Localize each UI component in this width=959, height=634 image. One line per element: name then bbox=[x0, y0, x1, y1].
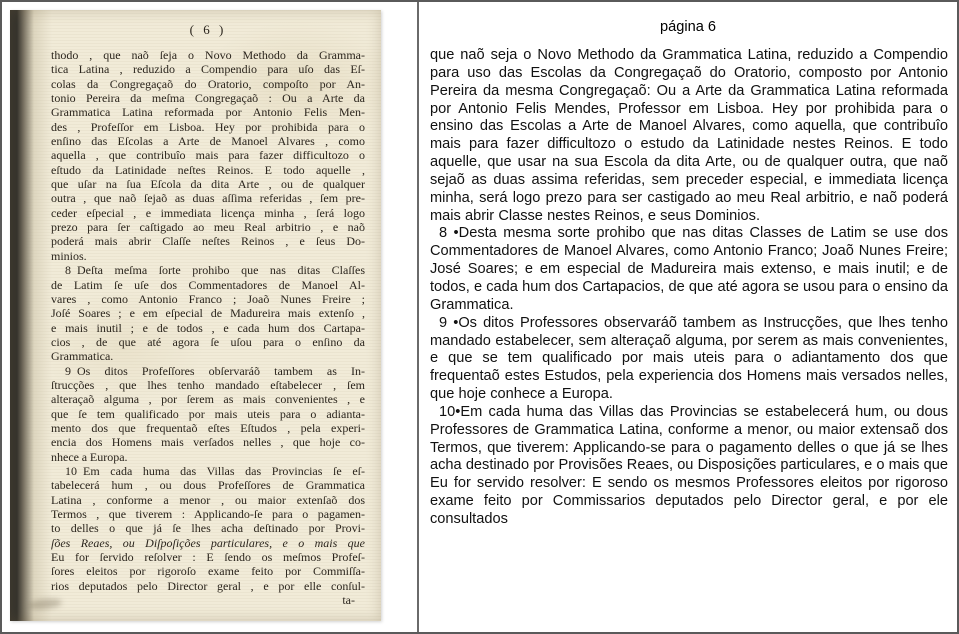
scan-line: enſino das Eſcolas a Arte de Manoel Alva… bbox=[51, 134, 365, 148]
scan-line: cios , de que até agora ſe uſou para o e… bbox=[51, 335, 365, 349]
transcription-paragraph: que naõ seja o Novo Methodo da Grammatic… bbox=[430, 47, 948, 225]
scan-line: to delles o que já ſe lhes acha deſtinad… bbox=[51, 521, 365, 535]
transcription-paragraph: 10•Em cada huma das Villas das Provincia… bbox=[430, 404, 948, 529]
scan-line: 10 Em cada huma das Villas das Provincia… bbox=[51, 464, 365, 478]
scan-line: nhece a Europa. bbox=[51, 450, 365, 464]
scan-line: ſões Reaes, ou Diſpoſições particulares,… bbox=[51, 536, 365, 550]
scan-line: aquella , que contribuîo mais para fazer… bbox=[51, 148, 365, 162]
scan-line: encia dos Homens mais verſados nelles , … bbox=[51, 435, 365, 449]
scan-body-text: thodo , que naõ ſeja o Novo Methodo da G… bbox=[51, 48, 365, 607]
scan-line: tabelecerá hum , ou dous Profeſſores de … bbox=[51, 478, 365, 492]
scan-line: Eu for ſervido reſolver : E ſendo os meſ… bbox=[51, 550, 365, 564]
slide-canvas: ( 6 ) thodo , que naõ ſeja o Novo Method… bbox=[0, 0, 959, 634]
scan-line: vares , como Antonio Franco ; Joaõ Nunes… bbox=[51, 292, 365, 306]
scan-line: tonio Pereira da meſma Congregaçaõ : Ou … bbox=[51, 91, 365, 105]
transcription-paragraph: 8 •Desta mesma sorte prohibo que nas dit… bbox=[430, 225, 948, 314]
transcription-pane: página 6 que naõ seja o Novo Methodo da … bbox=[419, 2, 957, 632]
scan-line: Grammatica Latina reformada por Antonio … bbox=[51, 105, 365, 119]
scan-line: mento dos que frequentaõ eſtes Eſtudos ,… bbox=[51, 421, 365, 435]
page-title: página 6 bbox=[419, 19, 957, 36]
scan-line: colas da Congregaçaõ do Oratorio, compoſ… bbox=[51, 77, 365, 91]
scan-line: ſtrucções , que lhes tenho mandado eſtab… bbox=[51, 378, 365, 392]
scan-line: tica Latina , reduzido a Compendio para … bbox=[51, 62, 365, 76]
transcription-text: que naõ seja o Novo Methodo da Grammatic… bbox=[430, 47, 948, 529]
transcription-paragraph: 9 •Os ditos Professores observaráõ tambe… bbox=[430, 315, 948, 404]
scan-line: ta- bbox=[51, 593, 365, 607]
scan-line: eſtudo da Latinidade neſtes Reinos. E to… bbox=[51, 163, 365, 177]
scan-line: des , Profeſſor em Lisboa. Hey por prohi… bbox=[51, 120, 365, 134]
scan-line: Joſé Soares ; e em eſpecial de Madureira… bbox=[51, 306, 365, 320]
scan-line: ceder eſpecial , e immediata licença min… bbox=[51, 206, 365, 220]
scan-line: 9 Os ditos Profeſſores obſervaráõ tambem… bbox=[51, 364, 365, 378]
scan-line: prezo para ſer caſtigado ao meu Real arb… bbox=[51, 220, 365, 234]
scan-page-number: ( 6 ) bbox=[51, 22, 365, 37]
scan-line: minios. bbox=[51, 249, 365, 263]
scan-line: que uſar na ſua Eſcola da dita Arte , ou… bbox=[51, 177, 365, 191]
scan-line: Grammatica. bbox=[51, 349, 365, 363]
scan-line: poderá mais abrir Claſſe neſtes Reinos ,… bbox=[51, 234, 365, 248]
scan-line: Termos , que tiverem : Applicando-ſe par… bbox=[51, 507, 365, 521]
scan-line: thodo , que naõ ſeja o Novo Methodo da G… bbox=[51, 48, 365, 62]
scan-line: alteraçaõ alguma , por ſerem as mais con… bbox=[51, 392, 365, 406]
scan-text-block: ( 6 ) thodo , que naõ ſeja o Novo Method… bbox=[51, 22, 365, 621]
scan-line: 8 Deſta meſma ſorte prohibo que nas dita… bbox=[51, 263, 365, 277]
scan-line: Latina , conforme a menor , ou maior ext… bbox=[51, 493, 365, 507]
scan-line: de Latim ſe uſe dos Commentadores de Man… bbox=[51, 278, 365, 292]
book-page-scan: ( 6 ) thodo , que naõ ſeja o Novo Method… bbox=[10, 10, 381, 621]
scan-line: e mais inutil ; e de todos , e cada hum … bbox=[51, 321, 365, 335]
scan-line: outra , que naõ ſejaõ as duas aſſima ref… bbox=[51, 191, 365, 205]
scan-line: ſores eleitos por rigoroſo exame feito p… bbox=[51, 564, 365, 578]
scan-line: que ſe tem qualificado por mais uteis pa… bbox=[51, 407, 365, 421]
scan-line: rios deputados pelo Director geral , e p… bbox=[51, 579, 365, 593]
